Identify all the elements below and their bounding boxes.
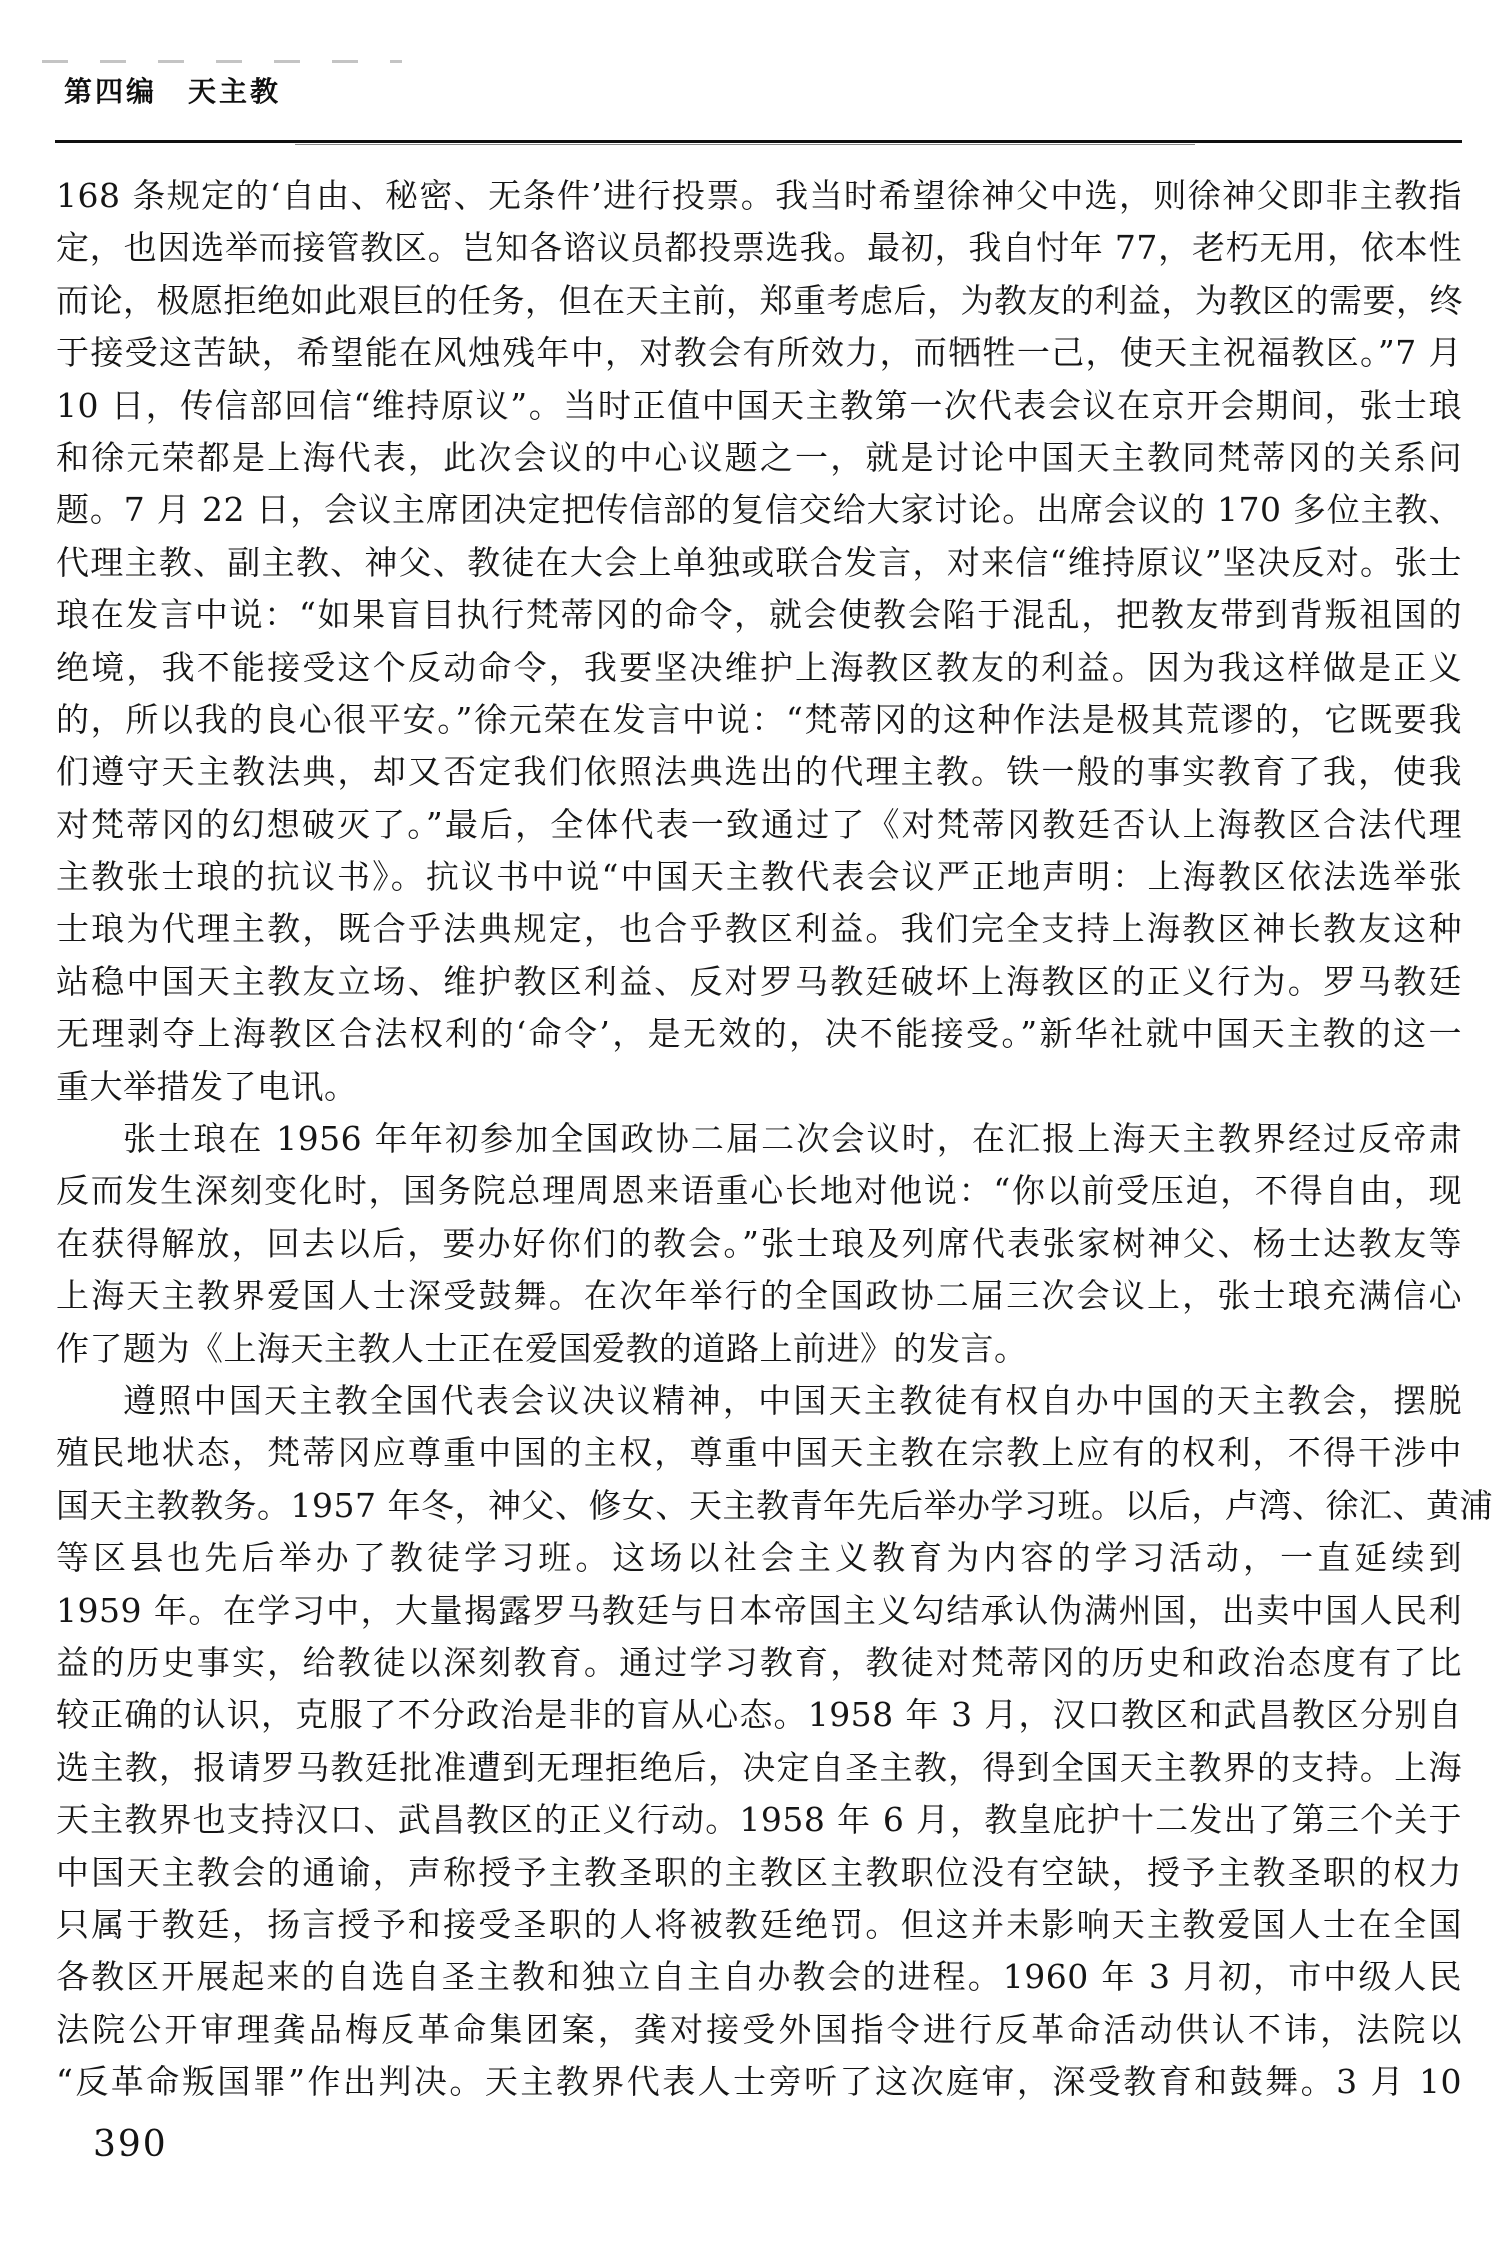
text-line: 而论，极愿拒绝如此艰巨的任务，但在天主前，郑重考虑后，为教友的利益，为教区的需要… — [56, 275, 1462, 327]
header-rule — [55, 140, 1462, 143]
text-line: 士琅为代理主教，既合乎法典规定，也合乎教区利益。我们完全支持上海教区神长教友这种 — [56, 903, 1462, 955]
text-line: 较正确的认识，克服了不分政治是非的盲从心态。1958 年 3 月，汉口教区和武昌… — [56, 1689, 1462, 1741]
text-line: 张士琅在 1956 年年初参加全国政协二届二次会议时，在汇报上海天主教界经过反帝… — [56, 1113, 1462, 1165]
text-line: 1959 年。在学习中，大量揭露罗马教廷与日本帝国主义勾结承认伪满州国，出卖中国… — [56, 1585, 1462, 1637]
text-line: 主教张士琅的抗议书》。抗议书中说“中国天主教代表会议严正地声明：上海教区依法选举… — [56, 851, 1462, 903]
text-line: 琅在发言中说：“如果盲目执行梵蒂冈的命令，就会使教会陷于混乱，把教友带到背叛祖国… — [56, 589, 1462, 641]
text-line: 10 日，传信部回信“维持原议”。当时正值中国天主教第一次代表会议在京开会期间，… — [56, 380, 1462, 432]
text-line: 选主教，报请罗马教廷批准遭到无理拒绝后，决定自圣主教，得到全国天主教界的支持。上… — [56, 1742, 1462, 1794]
text-line: 们遵守天主教法典，却又否定我们依照法典选出的代理主教。铁一般的事实教育了我，使我 — [56, 746, 1462, 798]
text-line: 等区县也先后举办了教徒学习班。这场以社会主义教育为内容的学习活动，一直延续到 — [56, 1532, 1462, 1584]
text-line: 在获得解放，回去以后，要办好你们的教会。”张士琅及列席代表张家树神父、杨士达教友… — [56, 1218, 1462, 1270]
text-line: 代理主教、副主教、神父、教徒在大会上单独或联合发言，对来信“维持原议”坚决反对。… — [56, 537, 1462, 589]
text-line: 中国天主教会的通谕，声称授予主教圣职的主教区主教职位没有空缺，授予主教圣职的权力 — [56, 1847, 1462, 1899]
text-line: 无理剥夺上海教区合法权利的‘命令’，是无效的，决不能接受。”新华社就中国天主教的… — [56, 1008, 1462, 1060]
text-line: 天主教界也支持汉口、武昌教区的正义行动。1958 年 6 月，教皇庇护十二发出了… — [56, 1794, 1462, 1846]
book-page: 第四编 天主教 168 条规定的‘自由、秘密、无条件’进行投票。我当时希望徐神父… — [0, 0, 1500, 2261]
text-line: 法院公开审理龚品梅反革命集团案，龚对接受外国指令进行反革命活动供认不讳，法院以 — [56, 2004, 1462, 2056]
running-header: 第四编 天主教 — [64, 70, 281, 110]
text-line: 站稳中国天主教友立场、维护教区利益、反对罗马教廷破坏上海教区的正义行为。罗马教廷 — [56, 956, 1462, 1008]
text-line: 各教区开展起来的自选自圣主教和独立自主自办教会的进程。1960 年 3 月初，市… — [56, 1951, 1462, 2003]
text-line: 绝境，我不能接受这个反动命令，我要坚决维护上海教区教友的利益。因为我这样做是正义 — [56, 642, 1462, 694]
text-line: 只属于教廷，扬言授予和接受圣职的人将被教廷绝罚。但这并未影响天主教爱国人士在全国 — [56, 1899, 1462, 1951]
body-text: 168 条规定的‘自由、秘密、无条件’进行投票。我当时希望徐神父中选，则徐神父即… — [56, 170, 1462, 2108]
text-line: 题。7 月 22 日，会议主席团决定把传信部的复信交给大家讨论。出席会议的 17… — [56, 484, 1462, 536]
text-line: 反而发生深刻变化时，国务院总理周恩来语重心长地对他说：“你以前受压迫，不得自由，… — [56, 1165, 1462, 1217]
text-line: 的，所以我的良心很平安。”徐元荣在发言中说：“梵蒂冈的这种作法是极其荒谬的，它既… — [56, 694, 1462, 746]
text-line: 对梵蒂冈的幻想破灭了。”最后，全体代表一致通过了《对梵蒂冈教廷否认上海教区合法代… — [56, 799, 1462, 851]
text-line: 遵照中国天主教全国代表会议决议精神，中国天主教徒有权自办中国的天主教会，摆脱 — [56, 1375, 1462, 1427]
text-line: 益的历史事实，给教徒以深刻教育。通过学习教育，教徒对梵蒂冈的历史和政治态度有了比 — [56, 1637, 1462, 1689]
text-line: 殖民地状态，梵蒂冈应尊重中国的主权，尊重中国天主教在宗教上应有的权利，不得干涉中 — [56, 1427, 1462, 1479]
scan-artifact-line — [42, 60, 402, 63]
text-line: 定，也因选举而接管教区。岂知各谘议员都投票选我。最初，我自忖年 77，老朽无用，… — [56, 222, 1462, 274]
text-line: “反革命叛国罪”作出判决。天主教界代表人士旁听了这次庭审，深受教育和鼓舞。3 月… — [56, 2056, 1462, 2108]
text-line: 和徐元荣都是上海代表，此次会议的中心议题之一，就是讨论中国天主教同梵蒂冈的关系问 — [56, 432, 1462, 484]
text-line: 上海天主教界爱国人士深受鼓舞。在次年举行的全国政协二届三次会议上，张士琅充满信心 — [56, 1270, 1462, 1322]
text-line: 168 条规定的‘自由、秘密、无条件’进行投票。我当时希望徐神父中选，则徐神父即… — [56, 170, 1462, 222]
text-line: 国天主教教务。1957 年冬，神父、修女、天主教青年先后举办学习班。以后，卢湾、… — [56, 1480, 1462, 1532]
page-number: 390 — [93, 2124, 168, 2165]
text-line: 重大举措发了电讯。 — [56, 1061, 1462, 1113]
text-line: 作了题为《上海天主教人士正在爱国爱教的道路上前进》的发言。 — [56, 1323, 1462, 1375]
text-line: 于接受这苦缺，希望能在风烛残年中，对教会有所效力，而牺牲一己，使天主祝福教区。”… — [56, 327, 1462, 379]
